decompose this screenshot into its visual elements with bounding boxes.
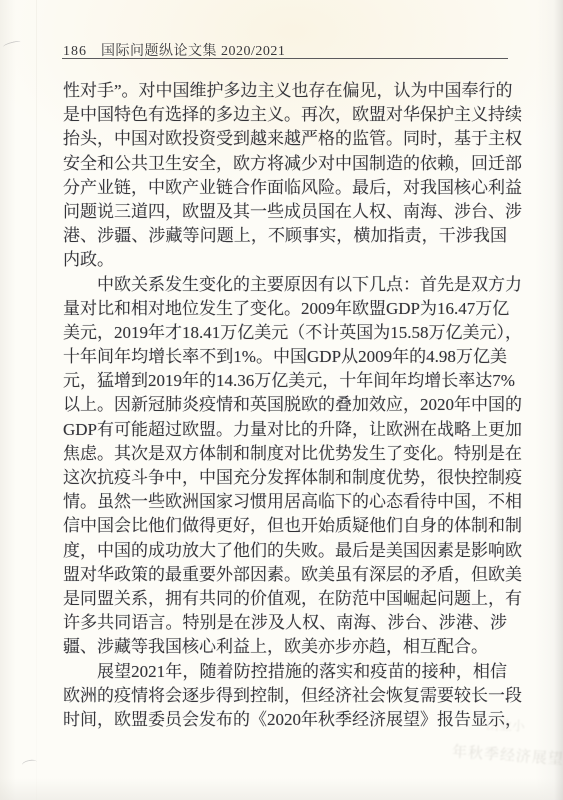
text-line: 十年间年均增长率不到1%。中国GDP从2009年的4.98万亿美 bbox=[63, 345, 507, 369]
text-line: 是同盟关系，拥有共同的价值观，在防范中国崛起问题上，有 bbox=[63, 587, 507, 611]
text-line: 内政。 bbox=[63, 248, 507, 272]
text-line: 性对手”。对中国维护多边主义也存在偏见，认为中国奉行的 bbox=[63, 79, 507, 103]
text-line: 问题说三道四，欧盟及其一些成员国在人权、南海、涉台、涉 bbox=[63, 200, 507, 224]
header-rule bbox=[62, 58, 508, 59]
text-line: 抬头，中国对欧投资受到越来越严格的监管。同时，基于主权 bbox=[63, 127, 507, 151]
scan-smudge-mark bbox=[3, 40, 22, 50]
scanned-book-page: 186国际问题纵论文集 2020/2021 性对手”。对中国维护多边主义也存在偏… bbox=[0, 0, 563, 800]
text-line: 以上。因新冠肺炎疫情和英国脱欧的叠加效应，2020年中国的 bbox=[63, 393, 507, 417]
text-line: 展望2021年，随着防控措施的落实和疫苗的接种，相信 bbox=[63, 660, 507, 684]
text-line: 分产业链，中欧产业链合作面临风险。最后，对我国核心利益 bbox=[63, 176, 507, 200]
text-line: 欧洲的疫情将会逐步得到控制，但经济社会恢复需要较长一段 bbox=[63, 684, 507, 708]
body-text: 性对手”。对中国维护多边主义也存在偏见，认为中国奉行的是中国特色有选择的多边主义… bbox=[63, 79, 507, 732]
text-line: 许多共同语言。特别是在涉及人权、南海、涉台、涉港、涉 bbox=[63, 611, 507, 635]
running-title: 国际问题纵论文集 2020/2021 bbox=[101, 44, 285, 59]
text-line: 时间，欧盟委员会发布的《2020年秋季经济展望》报告显示， bbox=[63, 708, 507, 732]
page-header: 186国际问题纵论文集 2020/2021 bbox=[63, 40, 507, 60]
page-number: 186 bbox=[63, 44, 87, 59]
text-line: 信中国会比他们做得更好，但也开始质疑他们自身的体制和制 bbox=[63, 514, 507, 538]
text-line: GDP有可能超过欧盟。力量对比的升降，让欧洲在战略上更加 bbox=[63, 418, 507, 442]
text-line: 量对比和相对地位发生了变化。2009年欧盟GDP为16.47万亿 bbox=[63, 297, 507, 321]
text-line: 中欧关系发生变化的主要原因有以下几点：首先是双方力 bbox=[63, 273, 507, 297]
text-line: 疆、涉藏等我国核心利益上，欧美亦步亦趋，相互配合。 bbox=[63, 635, 507, 659]
text-line: 焦虑。其次是双方体制和制度对比优势发生了变化。特别是在 bbox=[63, 442, 507, 466]
text-line: 是中国特色有选择的多边主义。再次，欧盟对华保护主义持续 bbox=[63, 103, 507, 127]
page-fold-line bbox=[36, 0, 37, 800]
text-line: 盟对华政策的最重要外部因素。欧美虽有深层的矛盾，但欧美 bbox=[63, 563, 507, 587]
text-line: 安全和公共卫生安全，欧方将减少对中国制造的依赖，回迁部 bbox=[63, 152, 507, 176]
text-line: 美元，2019年才18.41万亿美元（不计英国为15.58万亿美元）， bbox=[63, 321, 507, 345]
text-line: 情。虽然一些欧洲国家习惯用居高临下的心态看待中国，不相 bbox=[63, 490, 507, 514]
text-line: 元，猛增到2019年的14.36万亿美元，十年间年均增长率达7% bbox=[63, 369, 507, 393]
text-line: 度，中国的成功放大了他们的失败。最后是美国因素是影响欧 bbox=[63, 539, 507, 563]
bleed-through-text: 年秋季经济展望 bbox=[451, 740, 563, 769]
text-line: 这次抗疫斗争中，中国充分发挥体制和制度优势，很快控制疫 bbox=[63, 466, 507, 490]
text-line: 港、涉疆、涉藏等问题上，不顾事实，横加指责，干涉我国 bbox=[63, 224, 507, 248]
